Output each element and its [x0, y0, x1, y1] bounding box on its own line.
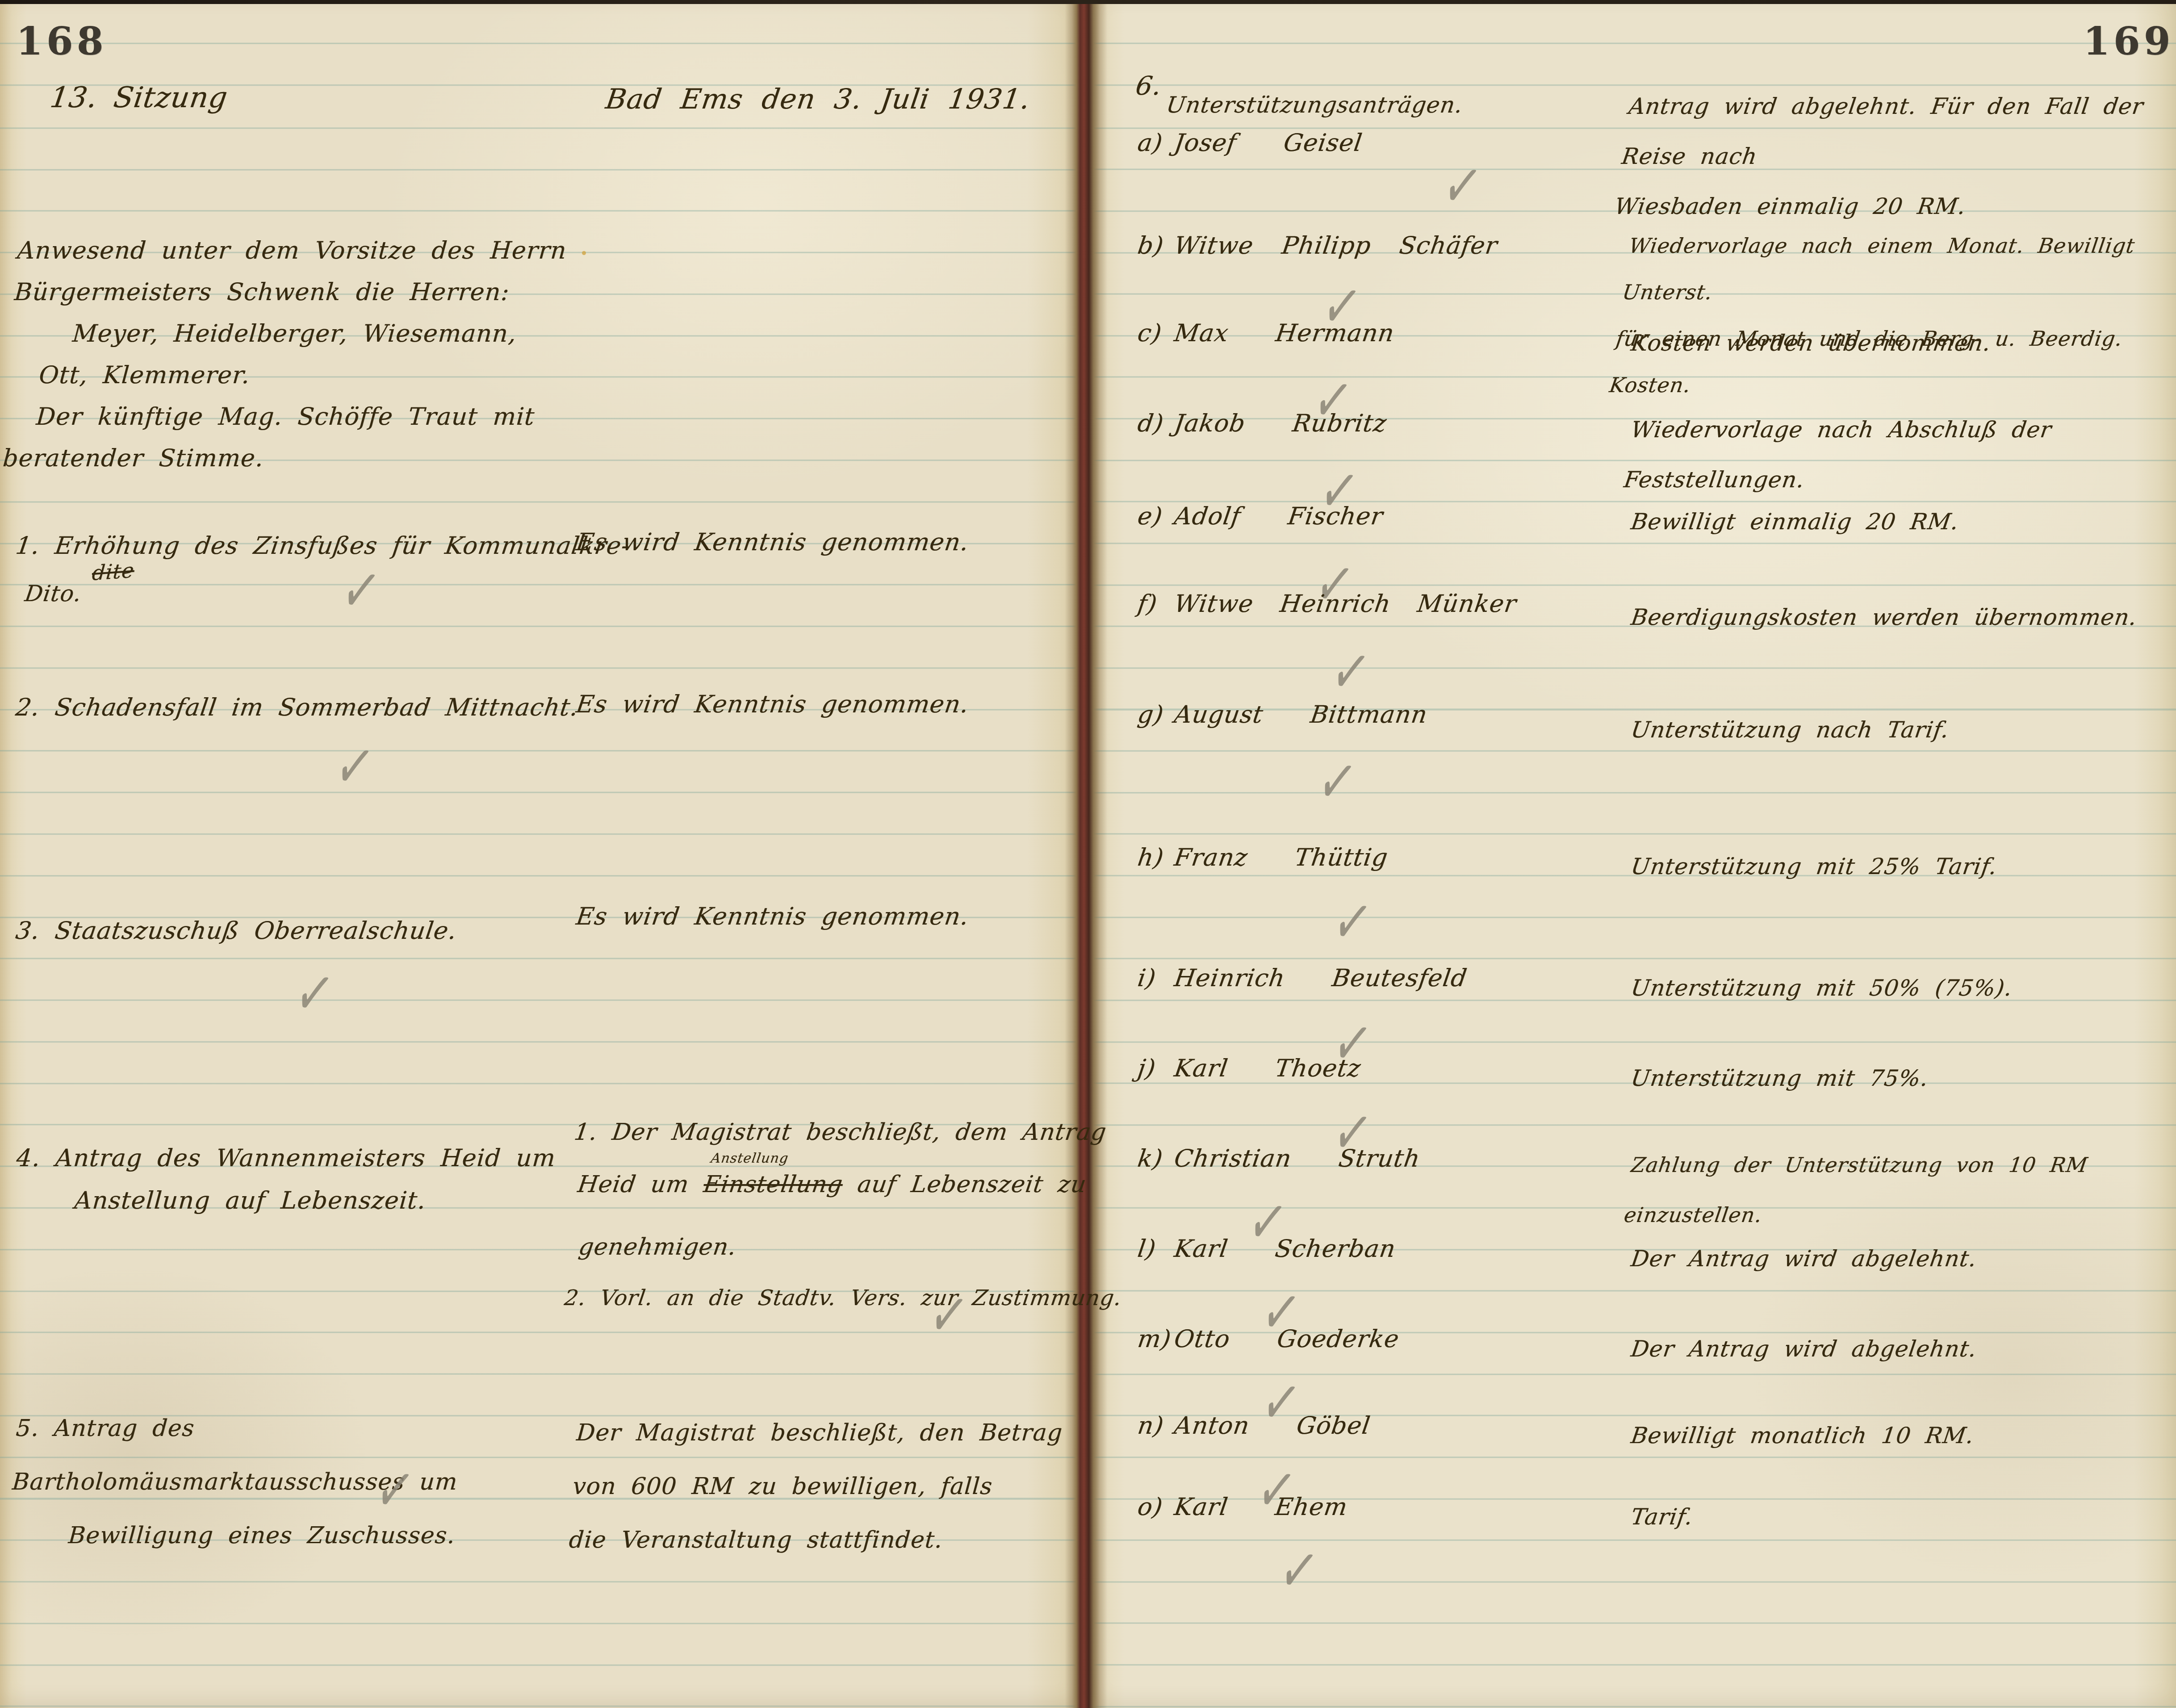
resolution-2: Es wird Kenntnis genommen. [574, 690, 971, 718]
resolution-4-line-3: genehmigen. [577, 1234, 738, 1260]
entry-resolution: Unterstützung mit 50% (75%). [1628, 963, 2016, 1013]
entry-row-d: d)Jakob Rubritz [1136, 409, 1389, 437]
resolution-4-line-4: 2. Vorl. an die Stadtv. Vers. zur Zustim… [563, 1285, 1123, 1310]
resolution-4-line-2-post: auf Lebenszeit zu [841, 1171, 1088, 1198]
page-number-168: 168 [16, 19, 107, 64]
entry-row-b: b)Witwe Philipp Schäfer [1136, 231, 1499, 260]
entry-row-i: i)Heinrich Beutesfeld [1136, 964, 1469, 992]
resolution-3: Es wird Kenntnis genommen. [574, 902, 971, 930]
resolution-1: Es wird Kenntnis genommen. [574, 528, 971, 556]
entry-row-c: c)Max Hermann [1136, 319, 1396, 347]
entry-resolution: Der Antrag wird abgelehnt. [1628, 1234, 1980, 1284]
entry-resolution: Unterstützung mit 25% Tarif. [1628, 841, 2000, 892]
agenda-item-2: 2. Schadensfall im Sommerbad Mittnacht. [14, 693, 580, 721]
correction-stack: EinstellungAnstellung [702, 1171, 844, 1198]
agenda-item-1-struck-word: dite [91, 558, 135, 585]
entry-name: Witwe Heinrich Münker [1172, 590, 1518, 618]
entry-resolution: Beerdigungskosten werden übernommen. [1628, 592, 2140, 642]
entry-row-m: m)Otto Goederke [1136, 1325, 1401, 1353]
entry-row-e: e)Adolf Fischer [1136, 502, 1385, 530]
entry-letter: c) [1136, 319, 1176, 347]
agenda-item-3: 3. Staatszuschuß Oberrealschule. [14, 917, 459, 945]
agenda-item-5: 5. Antrag des Bartholomäusmarktausschuss… [7, 1402, 598, 1562]
entry-row-n: n)Anton Göbel [1136, 1411, 1372, 1440]
entry-resolution: Kosten werden übernommen. [1628, 318, 1994, 368]
entry-name: Otto Goederke [1172, 1325, 1401, 1353]
entry-resolution: Antrag wird abgelehnt. Für den Fall der … [1611, 81, 2176, 231]
page-number-169: 169 [2083, 19, 2174, 64]
entry-resolution: Unterstützung mit 75%. [1628, 1053, 1932, 1103]
entry-resolution: Der Antrag wird abgelehnt. [1628, 1324, 1980, 1374]
entry-name: Witwe Philipp Schäfer [1172, 231, 1499, 260]
entry-resolution: Wiedervorlage nach Abschluß der Feststel… [1621, 405, 2176, 505]
entry-letter: o) [1136, 1493, 1176, 1521]
entry-name: Christian Struth [1172, 1144, 1422, 1172]
entry-letter: f) [1136, 590, 1176, 618]
entry-letter: j) [1136, 1054, 1176, 1082]
agenda-item-1-note: Dito. [23, 581, 83, 607]
entry-name: Karl Ehem [1172, 1493, 1349, 1521]
entry-resolution: Wiedervorlage nach einem Monat. Bewillig… [1607, 222, 2176, 408]
entry-row-l: l)Karl Scherban [1136, 1235, 1398, 1263]
agenda-item-4: 4. Antrag des Wannenmeisters Heid um Ans… [12, 1137, 598, 1222]
dateline: Bad Ems den 3. Juli 1931. [604, 83, 1032, 115]
entry-resolution: Unterstützung nach Tarif. [1628, 705, 1952, 755]
inserted-word: Anstellung [710, 1151, 789, 1166]
item-6-number: 6. [1134, 71, 1163, 101]
entry-name: Adolf Fischer [1172, 502, 1385, 530]
entry-name: Heinrich Beutesfeld [1172, 964, 1469, 992]
entry-row-j: j)Karl Thoetz [1136, 1054, 1363, 1082]
entry-letter: e) [1136, 502, 1176, 530]
entry-row-f: f)Witwe Heinrich Münker [1136, 590, 1518, 618]
entry-resolution: Zahlung der Unterstützung von 10 RM einz… [1621, 1140, 2176, 1240]
resolution-5: Der Magistrat beschließt, den Betrag von… [567, 1406, 1114, 1567]
entry-resolution: Bewilligt monatlich 10 RM. [1628, 1411, 1977, 1461]
entry-name: Karl Thoetz [1172, 1054, 1363, 1082]
item-6-heading: Unterstützungsanträgen. [1165, 92, 1465, 118]
entry-row-g: g)August Bittmann [1136, 700, 1429, 728]
entry-letter: a) [1136, 129, 1176, 157]
entry-name: Jakob Rubritz [1172, 409, 1389, 437]
entry-name: Max Hermann [1172, 319, 1396, 347]
entry-resolution: Bewilligt einmalig 20 RM. [1628, 497, 1962, 547]
page-top-edge [0, 0, 2176, 4]
attendance-paragraph: Anwesend unter dem Vorsitze des Herrn Bü… [1, 230, 599, 479]
entry-name: Josef Geisel [1172, 129, 1364, 157]
entry-resolution: Tarif. [1628, 1492, 1696, 1542]
entry-row-k: k)Christian Struth [1136, 1144, 1422, 1172]
entry-letter: g) [1136, 700, 1176, 728]
session-title: 13. Sitzung [48, 81, 230, 114]
entry-row-a: a)Josef Geisel [1136, 129, 1364, 157]
entry-name: Franz Thüttig [1172, 843, 1390, 871]
struck-word: Einstellung [702, 1171, 844, 1198]
entry-letter: k) [1136, 1144, 1176, 1172]
ledger-scan: 168 169 13. Sitzung Bad Ems den 3. Juli … [0, 0, 2176, 1708]
resolution-4-line-1: 1. Der Magistrat beschließt, dem Antrag [573, 1119, 1109, 1146]
entry-letter: d) [1136, 409, 1176, 437]
entry-letter: i) [1136, 964, 1176, 992]
entry-row-o: o)Karl Ehem [1136, 1493, 1349, 1521]
entry-letter: n) [1136, 1411, 1176, 1440]
entry-letter: h) [1136, 843, 1176, 871]
resolution-4-line-2-pre: Heid um [576, 1171, 706, 1198]
entry-letter: m) [1136, 1325, 1176, 1353]
entry-name: Karl Scherban [1172, 1235, 1398, 1263]
entry-name: Anton Göbel [1172, 1411, 1372, 1440]
entry-row-h: h)Franz Thüttig [1136, 843, 1390, 871]
agenda-item-1: 1. Erhöhung des Zinsfußes für Kommunalkr… [14, 532, 632, 560]
entry-letter: b) [1136, 231, 1176, 260]
resolution-4-line-2: Heid um EinstellungAnstellung auf Lebens… [576, 1171, 1088, 1198]
entry-letter: l) [1136, 1235, 1176, 1263]
entry-name: August Bittmann [1172, 700, 1429, 728]
